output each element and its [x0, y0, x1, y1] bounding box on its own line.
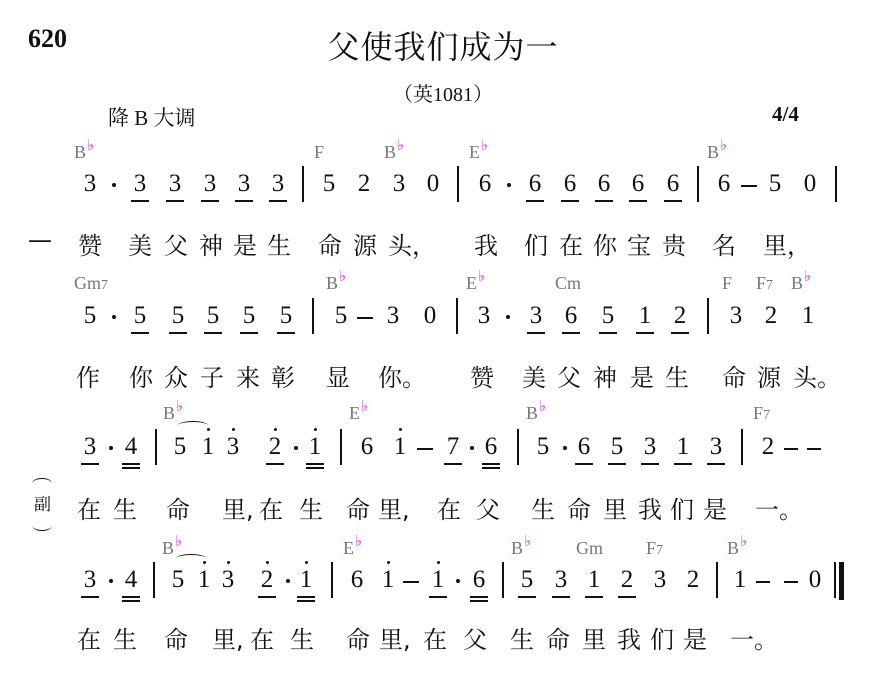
chord-root: E	[466, 273, 477, 293]
note: 2	[354, 170, 374, 198]
underline	[122, 596, 140, 598]
underline	[671, 332, 689, 334]
chord: F	[722, 273, 732, 294]
chord-suffix: 7	[763, 408, 770, 423]
note: 5	[517, 566, 537, 594]
note: 3	[80, 433, 100, 461]
chord-root: B	[384, 142, 396, 162]
note: 1	[390, 433, 410, 461]
lyric: 里，	[763, 226, 811, 261]
note: 3	[80, 566, 100, 594]
flat-sign: ♭	[175, 534, 182, 550]
underline	[166, 200, 184, 202]
lyric: 生	[113, 620, 137, 655]
lyric: 在	[437, 490, 461, 525]
lyric: 你	[129, 358, 153, 393]
chord: B♭	[791, 273, 811, 294]
lyric: 命	[346, 620, 370, 655]
chord: B♭	[74, 142, 94, 163]
lyric: 命	[567, 490, 591, 525]
underline	[201, 200, 219, 202]
lyric: 一。	[755, 490, 803, 525]
augmentation-dot	[286, 579, 290, 583]
note: 1	[296, 566, 316, 594]
slur	[178, 421, 208, 430]
note: 5	[276, 302, 296, 330]
note: 1	[673, 433, 693, 461]
lyric: 在	[559, 226, 583, 261]
note: 5	[331, 302, 351, 330]
lyric: 命	[722, 358, 746, 393]
chord: E♭	[469, 142, 488, 163]
lyric: 是	[630, 358, 654, 393]
underline	[297, 596, 315, 598]
chord-root: B	[707, 142, 719, 162]
note: 5	[598, 302, 618, 330]
chord: B♭	[163, 403, 183, 424]
lyric: 神	[199, 226, 223, 261]
flat-sign: ♭	[478, 269, 485, 285]
lyric: 生	[510, 620, 534, 655]
flat-sign: ♭	[397, 138, 404, 154]
note: 5	[170, 433, 190, 461]
lyric-lead-dash: —	[28, 226, 52, 254]
note: 0	[420, 302, 440, 330]
high-octave-dot	[305, 561, 308, 564]
note: 1	[730, 566, 750, 594]
note: 6	[475, 170, 495, 198]
lyric: 我	[638, 490, 662, 525]
lyric: 你	[593, 226, 617, 261]
chord: Gm7	[74, 273, 108, 294]
lyric: 在	[250, 620, 274, 655]
lyric: 在	[77, 490, 101, 525]
lyric: 是	[233, 226, 257, 261]
flat-sign: ♭	[339, 269, 346, 285]
lyric: 在	[77, 620, 101, 655]
note: 5	[239, 302, 259, 330]
chord-root: Cm	[555, 273, 581, 293]
barline	[302, 166, 304, 202]
note: 3	[474, 302, 494, 330]
note: 6	[663, 170, 683, 198]
note: 3	[234, 170, 254, 198]
lyric: 赞	[78, 226, 102, 261]
note: 2	[683, 566, 703, 594]
note: 3	[165, 170, 185, 198]
note: 5	[130, 302, 150, 330]
underline	[585, 596, 603, 598]
barline	[456, 298, 458, 334]
underline	[526, 200, 544, 202]
augmentation-dot	[506, 315, 510, 319]
chord-root: B	[511, 538, 523, 558]
underline	[269, 200, 287, 202]
high-octave-dot	[227, 561, 230, 564]
lyric: 里,	[378, 490, 410, 525]
high-octave-dot	[399, 428, 402, 431]
barline	[707, 298, 709, 334]
underline	[575, 463, 593, 465]
lyric: 里,	[222, 490, 254, 525]
note: 3	[389, 170, 409, 198]
barline	[517, 429, 519, 465]
final-barline-thin	[834, 562, 836, 598]
underline-double	[470, 600, 488, 602]
underline	[266, 463, 284, 465]
extension-dash	[807, 448, 821, 450]
underline	[429, 596, 447, 598]
lyric: 头，	[388, 226, 436, 261]
chord-root: E	[349, 403, 360, 423]
high-octave-dot	[203, 561, 206, 564]
barline	[331, 562, 333, 598]
underline	[618, 596, 636, 598]
underline	[518, 596, 536, 598]
underline	[131, 332, 149, 334]
underline	[527, 332, 545, 334]
note: 3	[526, 302, 546, 330]
note: 4	[121, 433, 141, 461]
chord-root: F	[753, 403, 763, 423]
lyric: 生	[665, 358, 689, 393]
note: 3	[383, 302, 403, 330]
lyric: 显	[326, 358, 350, 393]
augmentation-dot	[470, 446, 474, 450]
lyric: 里	[582, 620, 606, 655]
barline	[153, 562, 155, 598]
lyric: 你。	[378, 358, 426, 393]
chorus-bracket-bottom	[32, 520, 52, 531]
lyric: 命	[166, 490, 190, 525]
note: 3	[640, 433, 660, 461]
extension-dash	[403, 581, 419, 583]
note: 5	[319, 170, 339, 198]
chord-root: Gm	[74, 273, 101, 293]
lyric: 父	[164, 226, 188, 261]
note: 2	[758, 433, 778, 461]
chord-root: Gm	[576, 538, 603, 558]
underline	[629, 200, 647, 202]
chord: F7	[646, 538, 663, 559]
lyric: 在	[423, 620, 447, 655]
extension-dash	[784, 448, 798, 450]
note: 3	[200, 170, 220, 198]
note: 4	[121, 566, 141, 594]
note: 3	[223, 433, 243, 461]
note: 0	[805, 566, 825, 594]
underline	[674, 463, 692, 465]
high-octave-dot	[232, 428, 235, 431]
note: 6	[561, 302, 581, 330]
flat-sign: ♭	[539, 399, 546, 415]
augmentation-dot	[112, 315, 116, 319]
lyric: 来	[236, 358, 260, 393]
barline	[155, 429, 157, 465]
barline	[716, 562, 718, 598]
underline-double	[306, 467, 324, 469]
note: 6	[594, 170, 614, 198]
note: 6	[347, 566, 367, 594]
song-title: 父使我们成为一	[0, 22, 886, 68]
underline	[240, 332, 258, 334]
lyric: 父	[476, 490, 500, 525]
lyric: 一。	[730, 620, 778, 655]
chord-root: B	[162, 538, 174, 558]
augmentation-dot	[507, 183, 511, 187]
lyric: 里	[603, 490, 627, 525]
underline	[81, 596, 99, 598]
note: 6	[481, 433, 501, 461]
lyric: 彰	[271, 358, 295, 393]
note: 1	[198, 433, 218, 461]
flat-sign: ♭	[87, 138, 94, 154]
barline	[457, 166, 459, 202]
underline	[552, 596, 570, 598]
underline	[561, 200, 579, 202]
note: 2	[257, 566, 277, 594]
final-barline-thick	[839, 562, 844, 600]
note: 2	[761, 302, 781, 330]
chord-root: B	[791, 273, 803, 293]
high-octave-dot	[387, 561, 390, 564]
note: 3	[80, 170, 100, 198]
chord-root: E	[469, 142, 480, 162]
lyric: 源	[353, 226, 377, 261]
note: 5	[533, 433, 553, 461]
lyric: 名	[712, 226, 736, 261]
barline	[502, 562, 504, 598]
chord: E♭	[466, 273, 485, 294]
lyric: 生	[113, 490, 137, 525]
lyric: 们	[670, 490, 694, 525]
chord: B♭	[707, 142, 727, 163]
lyric: 们	[650, 620, 674, 655]
lyric: 宝	[627, 226, 651, 261]
note: 6	[525, 170, 545, 198]
chord: F7	[756, 273, 773, 294]
note: 3	[551, 566, 571, 594]
underline	[258, 596, 276, 598]
note: 5	[168, 302, 188, 330]
lyric: 我	[474, 226, 498, 261]
chord-root: E	[343, 538, 354, 558]
flat-sign: ♭	[176, 399, 183, 415]
chord: F	[314, 142, 324, 163]
lyric: 是	[703, 490, 727, 525]
underline	[131, 200, 149, 202]
lyric: 命	[164, 620, 188, 655]
note: 1	[378, 566, 398, 594]
lyric: 源	[757, 358, 781, 393]
lyric: 是	[683, 620, 707, 655]
lyric: 命	[346, 490, 370, 525]
barline	[741, 429, 743, 465]
lyric: 赞	[470, 358, 494, 393]
underline	[599, 332, 617, 334]
extension-dash	[784, 581, 798, 583]
lyric: 生	[290, 620, 314, 655]
slur	[176, 554, 206, 563]
note: 1	[305, 433, 325, 461]
chord: E♭	[349, 403, 368, 424]
chord-root: B	[727, 538, 739, 558]
lyric: 贵	[662, 226, 686, 261]
augmentation-dot	[563, 446, 567, 450]
underline	[482, 463, 500, 465]
note: 6	[628, 170, 648, 198]
lyric: 生	[299, 490, 323, 525]
flat-sign: ♭	[524, 534, 531, 550]
underline-double	[122, 467, 140, 469]
note: 6	[469, 566, 489, 594]
extension-dash	[417, 448, 433, 450]
note: 1	[798, 302, 818, 330]
underline	[444, 463, 462, 465]
lyric: 头。	[793, 358, 841, 393]
chord: E♭	[343, 538, 362, 559]
augmentation-dot	[456, 579, 460, 583]
lyric: 神	[593, 358, 617, 393]
chord: B♭	[326, 273, 346, 294]
lyric: 们	[524, 226, 548, 261]
high-octave-dot	[274, 428, 277, 431]
note: 6	[714, 170, 734, 198]
extension-dash	[756, 581, 770, 583]
chord-root: B	[163, 403, 175, 423]
barline	[312, 298, 314, 334]
chord-root: F	[646, 538, 656, 558]
note: 5	[765, 170, 785, 198]
chord-suffix: 7	[766, 278, 773, 293]
augmentation-dot	[294, 446, 298, 450]
note: 1	[428, 566, 448, 594]
note: 1	[194, 566, 214, 594]
note: 3	[268, 170, 288, 198]
note: 2	[617, 566, 637, 594]
key-signature: 降 B 大调	[108, 102, 196, 132]
augmentation-dot	[109, 446, 113, 450]
note: 7	[443, 433, 463, 461]
chord: B♭	[384, 142, 404, 163]
note: 3	[706, 433, 726, 461]
chord: B♭	[727, 538, 747, 559]
note: 2	[670, 302, 690, 330]
extension-dash	[357, 317, 373, 319]
underline	[81, 463, 99, 465]
lyric: 众	[164, 358, 188, 393]
time-signature: 4/4	[772, 102, 799, 127]
underline	[277, 332, 295, 334]
underline	[306, 463, 324, 465]
note: 3	[650, 566, 670, 594]
underline	[641, 463, 659, 465]
lyric: 生	[267, 226, 291, 261]
chorus-bracket-top	[32, 478, 52, 489]
lyric: 父	[463, 620, 487, 655]
high-octave-dot	[437, 561, 440, 564]
lyric: 作	[76, 358, 100, 393]
high-octave-dot	[314, 428, 317, 431]
note: 3	[218, 566, 238, 594]
augmentation-dot	[112, 183, 116, 187]
lyric: 里,	[212, 620, 244, 655]
underline	[595, 200, 613, 202]
chord: F7	[753, 403, 770, 424]
flat-sign: ♭	[481, 138, 488, 154]
lyric: 在	[259, 490, 283, 525]
underline-double	[297, 600, 315, 602]
lyric: 子	[200, 358, 224, 393]
underline-double	[122, 600, 140, 602]
lyric: 命	[546, 620, 570, 655]
chord-root: F	[722, 273, 732, 293]
lyric: 父	[557, 358, 581, 393]
underline	[636, 332, 654, 334]
note: 1	[584, 566, 604, 594]
chord-root: B	[326, 273, 338, 293]
lyric: 里,	[379, 620, 411, 655]
underline	[664, 200, 682, 202]
underline-double	[482, 467, 500, 469]
flat-sign: ♭	[740, 534, 747, 550]
chord-suffix: 7	[656, 543, 663, 558]
chord-root: B	[74, 142, 86, 162]
barline	[340, 429, 342, 465]
chord: Gm	[576, 538, 603, 559]
lyric: 美	[522, 358, 546, 393]
lyric: 生	[531, 490, 555, 525]
underline	[169, 332, 187, 334]
chord-suffix: 7	[101, 278, 108, 293]
flat-sign: ♭	[804, 269, 811, 285]
flat-sign: ♭	[361, 399, 368, 415]
underline	[562, 332, 580, 334]
note: 3	[726, 302, 746, 330]
note: 5	[203, 302, 223, 330]
chord-root: F	[314, 142, 324, 162]
barline	[835, 166, 837, 202]
note: 5	[607, 433, 627, 461]
flat-sign: ♭	[355, 534, 362, 550]
augmentation-dot	[109, 579, 113, 583]
lyric: 我	[617, 620, 641, 655]
chord: B♭	[526, 403, 546, 424]
chorus-label: 副	[34, 490, 51, 515]
underline	[235, 200, 253, 202]
note: 0	[800, 170, 820, 198]
note: 6	[574, 433, 594, 461]
underline	[122, 463, 140, 465]
note: 5	[168, 566, 188, 594]
high-octave-dot	[266, 561, 269, 564]
underline	[470, 596, 488, 598]
note: 3	[130, 170, 150, 198]
lyric: 美	[128, 226, 152, 261]
note: 6	[357, 433, 377, 461]
chord: Cm	[555, 273, 581, 294]
barline	[697, 166, 699, 202]
high-octave-dot	[207, 428, 210, 431]
lyric: 命	[318, 226, 342, 261]
chord: B♭	[511, 538, 531, 559]
flat-sign: ♭	[720, 138, 727, 154]
note: 2	[265, 433, 285, 461]
underline	[608, 463, 626, 465]
extension-dash	[741, 185, 757, 187]
note: 6	[560, 170, 580, 198]
note: 5	[80, 302, 100, 330]
